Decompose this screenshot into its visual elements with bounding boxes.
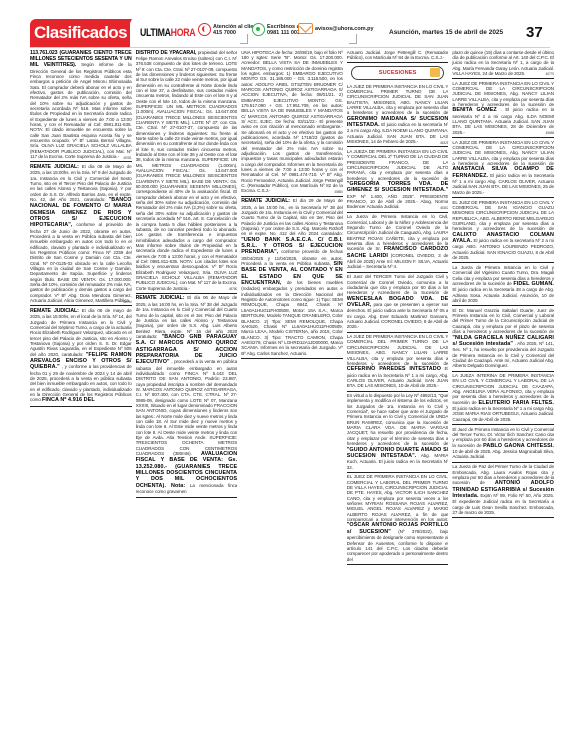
- legal-notice: REMATE JUDICIAL: El día 08 de Mayo de 20…: [30, 162, 132, 306]
- column-1: 113.761.023 (GUARANIES CIENTO TRECE MILL…: [30, 48, 132, 756]
- notice-body: LA JUEZ DE PRIMERA INSTANCIA EN LO CIVIL…: [347, 84, 449, 116]
- legal-notice: LA JUEZA INTERINA DE PRIMERA INSTANCIA E…: [452, 372, 554, 426]
- logo-part-ultima: ULTIMA: [140, 27, 171, 39]
- legal-notice: LA JUEZ DE PRIMERA INSTANCIA EN LO CIVIL…: [452, 79, 554, 138]
- email-envelope-icon: [298, 23, 313, 34]
- notice-heading: REMATE JUDICIAL:: [241, 198, 290, 204]
- notice-caption: BENITA GOMEZ: [452, 107, 496, 113]
- notice-code: 45688: [546, 131, 554, 136]
- whatsapp-number: 0981 111 003: [267, 30, 301, 36]
- notice-body: Actuario Judicial. Jorge Pettengill C. (…: [347, 50, 449, 60]
- legal-notice: REMATE JUDICIAL: El día 06 de mayo de 20…: [30, 306, 132, 406]
- notice-body: propiedad del señor Felipe Ramon Arevalo…: [136, 50, 238, 291]
- legal-notice: DISTRITO DE YPACARAI, propiedad del seño…: [136, 48, 238, 294]
- legal-notice: EL JUEZ DE PRIMERA INSTANCIA EN LO CIVIL…: [347, 473, 449, 565]
- notice-body: LA JUEZA DE PRIMERA INSTANCIA EN LO CIVI…: [347, 149, 449, 181]
- notice-code: 45362: [440, 206, 448, 211]
- divider: [349, 34, 357, 44]
- notice-body-cont: conforme al proveído de fecha 27 de Juni…: [30, 222, 132, 303]
- notice-code: 45770: [546, 72, 554, 77]
- notice-caption: ELEUTERIO FARIA FELTES.: [479, 400, 554, 406]
- notice-body: El Dr. Manuel Grazzia Saltalari Duarte, …: [452, 308, 554, 334]
- whatsapp-contact: Escríbinos al 0981 111 003: [252, 23, 301, 36]
- legal-notice: plazo de quince (15) días a contarse des…: [452, 48, 554, 79]
- legal-notice: LA JUEZ DE PRIMERA INSTANCIA EN LO CIVIL…: [452, 138, 554, 198]
- notice-code: 45328: [440, 141, 448, 146]
- email-address: avisos@uhora.com.py: [315, 26, 374, 32]
- notice-body: El día 29 de Mayo de 2025, a las 15:00 h…: [241, 198, 343, 236]
- whatsapp-icon: [252, 23, 265, 36]
- legal-notice: 113.761.023 (GUARANIES CIENTO TRECE MILL…: [30, 48, 132, 162]
- notice-body: LA JUEZ DE PRIMERA INSTANCIA EN LO CIVIL…: [452, 81, 554, 107]
- legal-notice: La Jueza de Primera Instancia en lo Civi…: [347, 213, 449, 273]
- notice-body-cont: de los bienes muebles (rodados) embargad…: [241, 280, 343, 355]
- legal-notice: LA JUEZA DE PRIMERA INSTANCIA EN LO CIVI…: [347, 147, 449, 212]
- notice-body-cont: 10 de abril de 2025. Abg. Jessica Magnic…: [452, 449, 554, 459]
- notice-heading: REMATE JUDICIAL:: [136, 295, 185, 301]
- notice-body-cont: El juicio radica en la Secretaría Nº 1 a…: [452, 406, 554, 422]
- notice-body: LA JUEZ DE PRIMERA INSTANCIA EN LO CIVIL…: [347, 334, 449, 366]
- notice-heading: REMATE JUDICIAL:: [30, 164, 79, 170]
- legal-notice: REMATE JUDICIAL: El día 06 de Mayo de 20…: [136, 294, 238, 498]
- page-header: Clasificados ULTIMAHORA Atención al clie…: [0, 0, 580, 48]
- section-header-label: SUCESIONES: [379, 71, 417, 76]
- notice-body: EL JUEZ DE PRIMERA INSTANCIA EN LO CIVIL…: [452, 200, 554, 232]
- notice-caption: "GREGORIA TORRES VDA. DE GIMENEZ S/ SUCE…: [347, 181, 449, 193]
- notice-code: 45780: [229, 287, 237, 292]
- sucesiones-emblem-icon: [430, 68, 440, 77]
- page-number: 37: [526, 24, 543, 41]
- notice-heading: REMATE JUDICIAL:: [30, 308, 79, 314]
- legal-notice: Actuario Judicial. Jorge Pettengill C. (…: [347, 48, 449, 63]
- column-3: UNA HIPOTECA de fecha: 26/08/19, bajo el…: [241, 48, 343, 756]
- notice-body: El día 06 de mayo de 2025, a las 15:00hs…: [30, 308, 132, 357]
- legal-notice: El Juez del TERCER Turno del Juzgado Civ…: [347, 273, 449, 333]
- notice-body: El Juez del TERCER Turno del Juzgado Civ…: [347, 274, 449, 295]
- legal-notice: En virtud a lo dispuesto por la Ley Nº 4…: [347, 392, 449, 473]
- section-header-sucesiones: SUCESIONES: [351, 66, 445, 80]
- notice-caption: PABLO GAONA CHITESSI.: [483, 443, 554, 449]
- section-title: Clasificados: [34, 23, 127, 43]
- whatsapp-label: Escríbinos al: [267, 24, 301, 30]
- phone-icon: [198, 23, 211, 36]
- notice-body: EL JUEZ DE PRIMERA INSTANCIA EN LO CIVIL…: [347, 474, 449, 522]
- legal-notice: La Jueza de Primera Instancia en lo Civi…: [452, 263, 554, 306]
- notice-body: En virtud a lo dispuesto por la Ley Nº 4…: [347, 393, 449, 446]
- issue-date: Asunción, martes 15 de abril de 2025: [389, 29, 503, 36]
- column-4: Actuario Judicial. Jorge Pettengill C. (…: [347, 48, 449, 756]
- divider: [240, 34, 248, 44]
- notice-code: 45850: [334, 190, 342, 195]
- notice-caption: CEFERINO PAREDES INTESTADO: [347, 366, 441, 372]
- notice-code: 45781: [123, 156, 131, 161]
- column-5: plazo de quince (15) días a contarse des…: [452, 48, 554, 756]
- legal-notice: EL JUEZ DE PRIMERA INSTANCIA EN LO CIVIL…: [452, 198, 554, 263]
- legal-notice: El Dr. Manuel Grazzia Saltalari Duarte, …: [452, 306, 554, 371]
- notice-body-cont: , procederá a la venta en pública subast…: [136, 359, 238, 456]
- column-2: DISTRITO DE YPACARAI, propiedad del seño…: [136, 48, 238, 756]
- legal-notice: LA JUEZ DE PRIMERA INSTANCIA EN LO CIVIL…: [347, 82, 449, 147]
- notice-body-cont: El juicio radica en la Secretaría 48 a c…: [452, 287, 554, 303]
- notice-body: plazo de quince (15) días a contarse des…: [452, 50, 554, 76]
- newspaper-logo: ULTIMAHORA: [140, 27, 195, 39]
- logo-part-hora: HORA: [171, 27, 196, 39]
- legal-notice: REMATE JUDICIAL: El día 29 de Mayo de 20…: [241, 197, 343, 359]
- legal-notice: El Juez de Primera Instancia en lo Civil…: [452, 425, 554, 463]
- notice-body: Según informe de la Dirección General de…: [30, 62, 132, 159]
- notice-heading: DISTRITO DE YPACARAI,: [136, 50, 197, 56]
- notice-body: El día 06 de Mayo de 2025, a las 16:00 h…: [136, 295, 238, 338]
- notice-body: LA JUEZ DE PRIMERA INSTANCIA EN LO CIVIL…: [452, 140, 554, 166]
- notice-caption: FIDEL GUMAN.: [513, 281, 554, 287]
- legal-notice: LA JUEZ DE PRIMERA INSTANCIA EN LO CIVIL…: [347, 333, 449, 392]
- notice-caption: FINCA Nº 4.916 DEL: [42, 397, 95, 403]
- notice-body: UNA HIPOTECA de fecha: 26/08/19, bajo el…: [241, 50, 343, 194]
- classifieds-columns: 113.761.023 (GUARANIES CIENTO TRECE MILL…: [30, 48, 554, 756]
- notice-body-cont: EXP Nº 1.400, AÑO 2025". PRESIDENTE FRAN…: [347, 194, 449, 210]
- legal-notice: La Jueza de Paz del Primer Turno de la C…: [452, 463, 554, 519]
- email-contact: avisos@uhora.com.py: [298, 23, 374, 34]
- notice-code: 45794: [123, 300, 131, 305]
- legal-notice: UNA HIPOTECA de fecha: 26/08/19, bajo el…: [241, 48, 343, 197]
